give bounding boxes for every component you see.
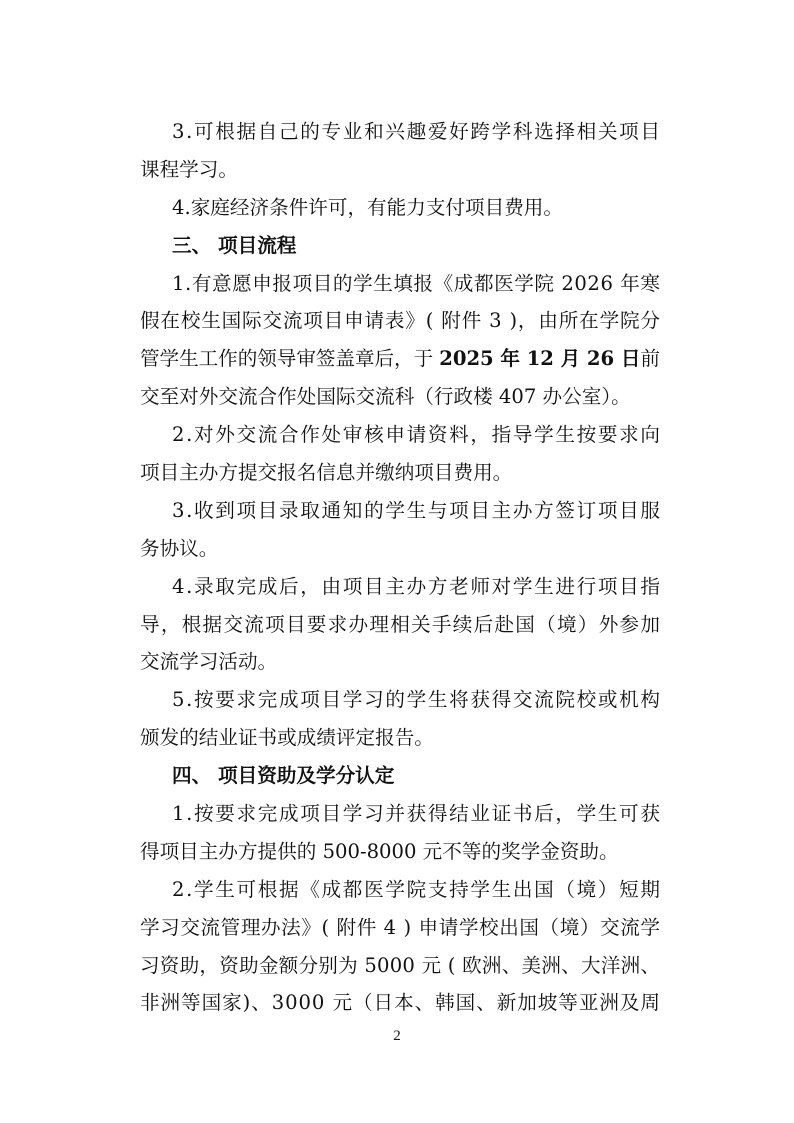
paragraph-line: 习资助，资助金额分别为 5000 元 ( 欧洲、美洲、大洋洲、 <box>140 947 660 985</box>
paragraph-line: 非洲等国家)、3000 元（日本、韩国、新加坡等亚洲及周 <box>140 984 660 1022</box>
paragraph-line: 交流学习活动。 <box>140 643 660 681</box>
page-number: 2 <box>0 1028 794 1045</box>
section-heading-funding: 四、 项目资助及学分认定 <box>140 757 660 795</box>
paragraph-line: 课程学习。 <box>140 151 660 189</box>
paragraph-line: 学习交流管理办法》( 附件 4 ) 申请学校出国（境）交流学 <box>140 909 660 947</box>
paragraph-line: 5.按要求完成项目学习的学生将获得交流院校或机构 <box>140 681 660 719</box>
deadline-prefix: 管学生工作的领导审签盖章后，于 <box>140 347 439 370</box>
section-heading-process: 三、 项目流程 <box>140 227 660 265</box>
paragraph-line: 假在校生国际交流项目申请表》( 附件 3 )，由所在学院分 <box>140 302 660 340</box>
paragraph-line: 2.对外交流合作处审核申请资料，指导学生按要求向 <box>140 416 660 454</box>
paragraph-line: 得项目主办方提供的 500-8000 元不等的奖学金资助。 <box>140 833 660 871</box>
paragraph-line: 2.学生可根据《成都医学院支持学生出国（境）短期 <box>140 871 660 909</box>
deadline-suffix: 前 <box>640 347 660 370</box>
paragraph-line: 导，根据交流项目要求办理相关手续后赴国（境）外参加 <box>140 606 660 644</box>
paragraph-line: 颁发的结业证书或成绩评定报告。 <box>140 719 660 757</box>
paragraph-line: 4.录取完成后，由项目主办方老师对学生进行项目指 <box>140 568 660 606</box>
deadline-date: 2025 年 12 月 26 日 <box>439 347 640 370</box>
document-page: 3.可根据自己的专业和兴趣爱好跨学科选择相关项目 课程学习。 4.家庭经济条件许… <box>0 0 794 1123</box>
paragraph-line-deadline: 管学生工作的领导审签盖章后，于 2025 年 12 月 26 日前 <box>140 340 660 378</box>
paragraph-line: 4.家庭经济条件许可，有能力支付项目费用。 <box>140 189 660 227</box>
paragraph-line: 务协议。 <box>140 530 660 568</box>
document-body: 3.可根据自己的专业和兴趣爱好跨学科选择相关项目 课程学习。 4.家庭经济条件许… <box>140 113 660 1022</box>
paragraph-line: 1.有意愿申报项目的学生填报《成都医学院 2026 年寒 <box>140 265 660 303</box>
paragraph-line: 项目主办方提交报名信息并缴纳项目费用。 <box>140 454 660 492</box>
paragraph-line: 3.收到项目录取通知的学生与项目主办方签订项目服 <box>140 492 660 530</box>
paragraph-line: 交至对外交流合作处国际交流科（行政楼 407 办公室）。 <box>140 378 660 416</box>
paragraph-line: 1.按要求完成项目学习并获得结业证书后，学生可获 <box>140 795 660 833</box>
paragraph-line: 3.可根据自己的专业和兴趣爱好跨学科选择相关项目 <box>140 113 660 151</box>
